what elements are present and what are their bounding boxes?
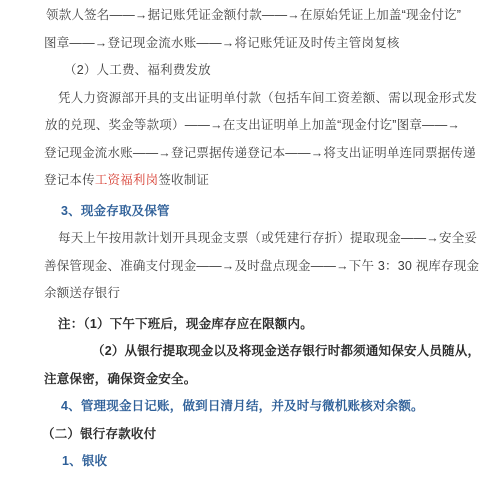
text-segment: （2）人工费、福利费发放 (64, 63, 211, 77)
text-segment: 每天上午按用款计划开具现金支票（或凭建行存折）提取现金——→安全妥 (58, 231, 477, 245)
paragraph-cash-payment-flow-cont-2: 图章——→登记现金流水账——→将记账凭证及时传主管岗复核 (0, 30, 480, 58)
text-segment: 注意保密，确保资金安全。 (44, 372, 196, 386)
text-segment: 签收制证 (158, 173, 209, 187)
section-heading-bank-receipt: 1、银收 (0, 448, 480, 476)
subheading-labor-welfare-payout: （2）人工费、福利费发放 (0, 57, 480, 85)
highlighted-text-segment: 工资福利岗 (95, 173, 159, 187)
text-segment: 领款人签名——→据记账凭证金额付款——→在原始凭证上加盖“现金付讫” (46, 8, 461, 22)
text-segment: 3、现金存取及保管 (61, 204, 170, 218)
text-segment: 注：（1）下午下班后，现金库存应在限额内。 (58, 317, 313, 331)
text-segment: 1、银收 (62, 454, 107, 468)
paragraph-hr-payment-line-3: 登记现金流水账——→登记票据传递登记本——→将支出证明单连同票据传递 (0, 140, 480, 168)
note-line-2: （2）从银行提取现金以及将现金送存银行时都须通知保安人员随从， (0, 338, 480, 366)
text-segment: 凭人力资源部开具的支出证明单付款（包括车间工资差额、需以现金形式发 (58, 91, 477, 105)
document-page: 领款人签名——→据记账凭证金额付款——→在原始凭证上加盖“现金付讫”图章——→登… (0, 0, 480, 480)
section-heading-cash-journal: 4、管理现金日记账，做到日清月结，并及时与微机账核对余额。 (0, 393, 480, 421)
document-body: 领款人签名——→据记账凭证金额付款——→在原始凭证上加盖“现金付讫”图章——→登… (0, 2, 480, 476)
note-line-1: 注：（1）下午下班后，现金库存应在限额内。 (0, 311, 480, 339)
text-segment: 图章——→登记现金流水账——→将记账凭证及时传主管岗复核 (44, 36, 400, 50)
text-segment: 登记现金流水账——→登记票据传递登记本——→将支出证明单连同票据传递 (44, 146, 476, 160)
text-segment: 放的兑现、奖金等款项）——→在支出证明单上加盖“现金付讫”图章——→ (45, 118, 460, 132)
paragraph-cash-payment-flow-cont-1: 领款人签名——→据记账凭证金额付款——→在原始凭证上加盖“现金付讫” (0, 2, 480, 30)
paragraph-hr-payment-line-1: 凭人力资源部开具的支出证明单付款（包括车间工资差额、需以现金形式发 (0, 85, 480, 113)
paragraph-hr-payment-line-2: 放的兑现、奖金等款项）——→在支出证明单上加盖“现金付讫”图章——→ (0, 112, 480, 140)
paragraph-cash-storage-line-2: 善保管现金、准确支付现金——→及时盘点现金——→下午 3：30 视库存现金 (0, 253, 480, 281)
text-segment: 善保管现金、准确支付现金——→及时盘点现金——→下午 3：30 视库存现金 (44, 259, 479, 273)
note-line-3: 注意保密，确保资金安全。 (0, 366, 480, 394)
text-segment: （2）从银行提取现金以及将现金送存银行时都须通知保安人员随从， (92, 344, 480, 358)
text-segment: 登记本传 (44, 173, 95, 187)
paragraph-cash-storage-line-1: 每天上午按用款计划开具现金支票（或凭建行存折）提取现金——→安全妥 (0, 225, 480, 253)
text-segment: （二）银行存款收付 (42, 427, 156, 441)
section-heading-cash-storage: 3、现金存取及保管 (0, 198, 480, 226)
paragraph-cash-storage-line-3: 余额送存银行 (0, 280, 480, 308)
paragraph-hr-payment-line-4: 登记本传工资福利岗签收制证 (0, 167, 480, 195)
text-segment: 余额送存银行 (44, 286, 120, 300)
text-segment: 4、管理现金日记账，做到日清月结，并及时与微机账核对余额。 (61, 399, 424, 413)
section-heading-bank-deposit: （二）银行存款收付 (0, 421, 480, 449)
